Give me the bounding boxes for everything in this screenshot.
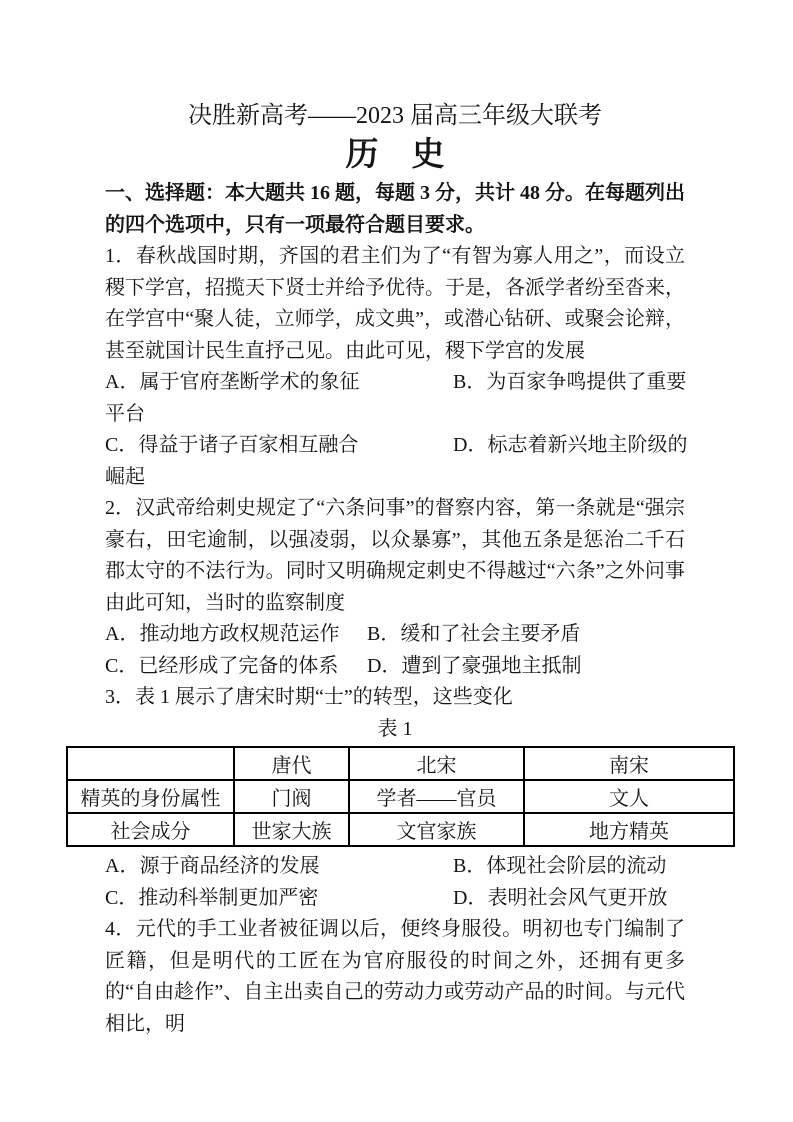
question-4: 4．元代的手工业者被征调以后，便终身服役。明初也专门编制了匠籍，但是明代的工匠在…: [105, 914, 685, 1040]
exam-paper-page: 决胜新高考——2023 届高三年级大联考 历 史 一、选择题：本大题共 16 题…: [0, 0, 793, 1122]
question-2-stem: 2．汉武帝给刺史规定了“六条问事”的督察内容，第一条就是“强宗豪右，田宅逾制，以…: [105, 493, 685, 619]
table-1-caption: 表 1: [105, 714, 685, 746]
question-1: 1．春秋战国时期，齐国的君主们为了“有智为寡人用之”，而设立稷下学宫，招揽天下贤…: [105, 241, 685, 493]
question-1-options-row-cd: C．得益于诸子百家相互融合D．标志着新兴地主阶级的: [105, 430, 685, 462]
table-1: 唐代 北宋 南宋 精英的身份属性 门阀 学者——官员 文人 社会成分 世家大族 …: [66, 746, 735, 847]
question-3-options-row-ab: A．源于商品经济的发展B．体现社会阶层的流动: [105, 851, 685, 883]
question-3-option-d: D．表明社会风气更开放: [453, 887, 667, 909]
section-instructions: 一、选择题：本大题共 16 题，每题 3 分，共计 48 分。在每题列出的四个选…: [105, 178, 685, 241]
question-2-option-c: C．已经形成了完备的体系: [105, 651, 367, 683]
question-2-option-a: A．推动地方政权规范运作: [105, 619, 367, 651]
table-1-header-southern-song: 南宋: [524, 747, 734, 780]
question-3-stem: 3．表 1 展示了唐宋时期“士”的转型，这些变化: [105, 682, 685, 714]
question-3-option-b: B．体现社会阶层的流动: [453, 855, 666, 877]
question-3-option-c: C．推动科举制更加严密: [105, 883, 453, 915]
table-1-cell: 文官家族: [349, 813, 524, 846]
table-1-cell: 地方精英: [524, 813, 734, 846]
table-1-row-identity: 精英的身份属性 门阀 学者——官员 文人: [67, 780, 734, 813]
question-3: 3．表 1 展示了唐宋时期“士”的转型，这些变化 表 1 唐代 北宋 南宋: [105, 682, 685, 914]
question-1-option-d: D．标志着新兴地主阶级的: [453, 434, 687, 456]
question-2: 2．汉武帝给刺史规定了“六条问事”的督察内容，第一条就是“强宗豪右，田宅逾制，以…: [105, 493, 685, 682]
table-1-header-blank: [67, 747, 234, 780]
table-1-cell: 文人: [524, 780, 734, 813]
question-3-option-a: A．源于商品经济的发展: [105, 851, 453, 883]
question-1-option-c: C．得益于诸子百家相互融合: [105, 430, 453, 462]
question-2-options-row-cd: C．已经形成了完备的体系D．遭到了豪强地主抵制: [105, 651, 685, 683]
question-1-option-d-wrap: 崛起: [105, 462, 685, 494]
table-1-cell: 世家大族: [234, 813, 349, 846]
table-1-header-northern-song: 北宋: [349, 747, 524, 780]
question-2-options-row-ab: A．推动地方政权规范运作B．缓和了社会主要矛盾: [105, 619, 685, 651]
table-1-header-row: 唐代 北宋 南宋: [67, 747, 734, 780]
question-1-option-b: B．为百家争鸣提供了重要: [453, 371, 686, 393]
question-2-option-b: B．缓和了社会主要矛盾: [367, 623, 580, 645]
exam-title: 决胜新高考——2023 届高三年级大联考: [105, 100, 685, 132]
question-2-option-d: D．遭到了豪强地主抵制: [367, 655, 581, 677]
question-4-stem: 4．元代的手工业者被征调以后，便终身服役。明初也专门编制了匠籍，但是明代的工匠在…: [105, 914, 685, 1040]
question-1-options-row-ab: A．属于官府垄断学术的象征B．为百家争鸣提供了重要: [105, 367, 685, 399]
question-3-options-row-cd: C．推动科举制更加严密D．表明社会风气更开放: [105, 883, 685, 915]
table-1-row-social: 社会成分 世家大族 文官家族 地方精英: [67, 813, 734, 846]
question-1-option-a: A．属于官府垄断学术的象征: [105, 367, 453, 399]
page-content: 决胜新高考——2023 届高三年级大联考 历 史 一、选择题：本大题共 16 题…: [105, 100, 685, 1040]
question-1-stem: 1．春秋战国时期，齐国的君主们为了“有智为寡人用之”，而设立稷下学宫，招揽天下贤…: [105, 241, 685, 367]
question-1-option-b-wrap: 平台: [105, 399, 685, 431]
table-1-row-label: 精英的身份属性: [67, 780, 234, 813]
subject-title: 历 史: [105, 132, 685, 178]
table-1-cell: 门阀: [234, 780, 349, 813]
table-1-header-tang: 唐代: [234, 747, 349, 780]
table-1-row-label: 社会成分: [67, 813, 234, 846]
table-1-cell: 学者——官员: [349, 780, 524, 813]
